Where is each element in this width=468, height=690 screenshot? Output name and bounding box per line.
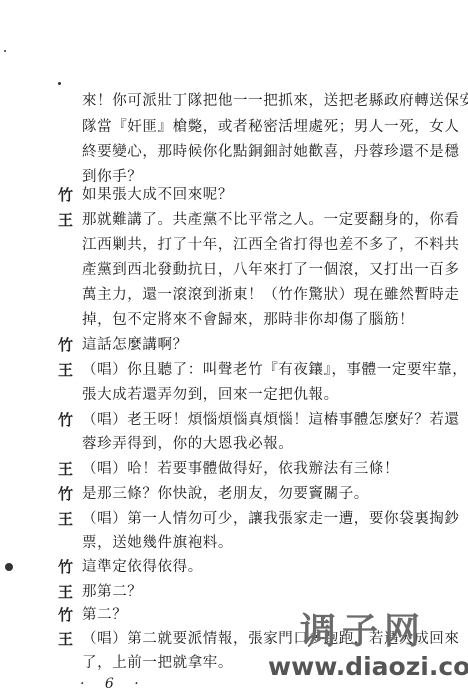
- dialogue-line: （唱）哈！若要事體做得好，依我辦法有三條！: [82, 460, 399, 478]
- speaker-label: 竹: [58, 485, 73, 503]
- speck: [58, 82, 61, 85]
- dialogue-line: 萬主力，還一滾滾到浙東！（竹作驚狀）現在雖然暫時走: [82, 286, 460, 304]
- dialogue-line: （唱）你且聽了：叫聲老竹『有夜鑲』，事體一定要牢靠，: [82, 361, 467, 379]
- speaker-label: 王: [58, 630, 73, 648]
- dialogue-line: 是那三條？你快說，老朋友，勿要竇關子。: [82, 485, 369, 503]
- speaker-label: 竹: [58, 336, 73, 354]
- speaker-label: 王: [58, 510, 73, 528]
- dialogue-line: 第二？: [82, 606, 127, 624]
- speaker-label: 王: [58, 211, 73, 229]
- dialogue-line: 如果張大成不回來呢？: [82, 186, 233, 204]
- speaker-label: 竹: [58, 186, 73, 204]
- dialogue-line: （唱）第一人情勿可少，讓我張家走一遭，要你袋裏掏鈔: [82, 510, 460, 528]
- speaker-label: 竹: [58, 411, 73, 429]
- watermark-title: 调子网: [300, 612, 426, 652]
- ink-blot: [5, 563, 13, 571]
- speaker-label: 王: [58, 583, 73, 601]
- dialogue-line: （唱）老王呀！煩惱煩惱真煩惱！這樁事體怎麼好？若還: [82, 411, 460, 429]
- dialogue-line: 這準定依得依得。: [82, 558, 203, 576]
- dialogue-line: 了，上前一把就拿牢。: [82, 654, 233, 672]
- continuation-line: 來！你可派壯丁隊把他一一把抓來，送把老縣政府轉送保安: [82, 92, 468, 110]
- watermark-url: www.diaozi.com: [268, 652, 468, 682]
- dialogue-line: 那第二？: [82, 583, 142, 601]
- page-number: · 6 ·: [80, 676, 147, 690]
- speaker-label: 竹: [58, 606, 73, 624]
- dialogue-line: 江西剿共，打了十年，江西全省打得也差不多了，不料共: [82, 236, 460, 254]
- continuation-line: 到你手？: [82, 168, 142, 186]
- speaker-label: 王: [58, 460, 73, 478]
- dialogue-line: 掉，包不定將來不會歸來，那時非你却傷了腦筋！: [82, 311, 414, 329]
- continuation-line: 終要變心，那時候你化點銅鈿討她歡喜，丹蓉珍還不是穩: [82, 143, 460, 161]
- dialogue-line: 那就難講了。共產黨不比平常之人。一定要翻身的，你看: [82, 211, 460, 229]
- speaker-label: 竹: [58, 558, 73, 576]
- dialogue-line: 蓉珍弄得到，你的大恩我必報。: [82, 435, 293, 453]
- speaker-label: 王: [58, 361, 73, 379]
- continuation-line: 隊當『奸匪』槍斃，或者秘密活埋處死；男人一死，女人: [82, 118, 460, 136]
- dialogue-line: 票，送她幾件旗袍料。: [82, 534, 233, 552]
- dialogue-line: 產黨到西北發動抗日，八年來打了一個滾，又打出一百多: [82, 261, 460, 279]
- speck: [4, 50, 6, 52]
- dialogue-line: 這話怎麼講啊？: [82, 336, 188, 354]
- dialogue-line: 張大成若還弄勿到，回來一定把仇報。: [82, 386, 339, 404]
- scanned-script-page: 來！你可派壯丁隊把他一一把抓來，送把老縣政府轉送保安 隊當『奸匪』槍斃，或者秘密…: [0, 0, 468, 690]
